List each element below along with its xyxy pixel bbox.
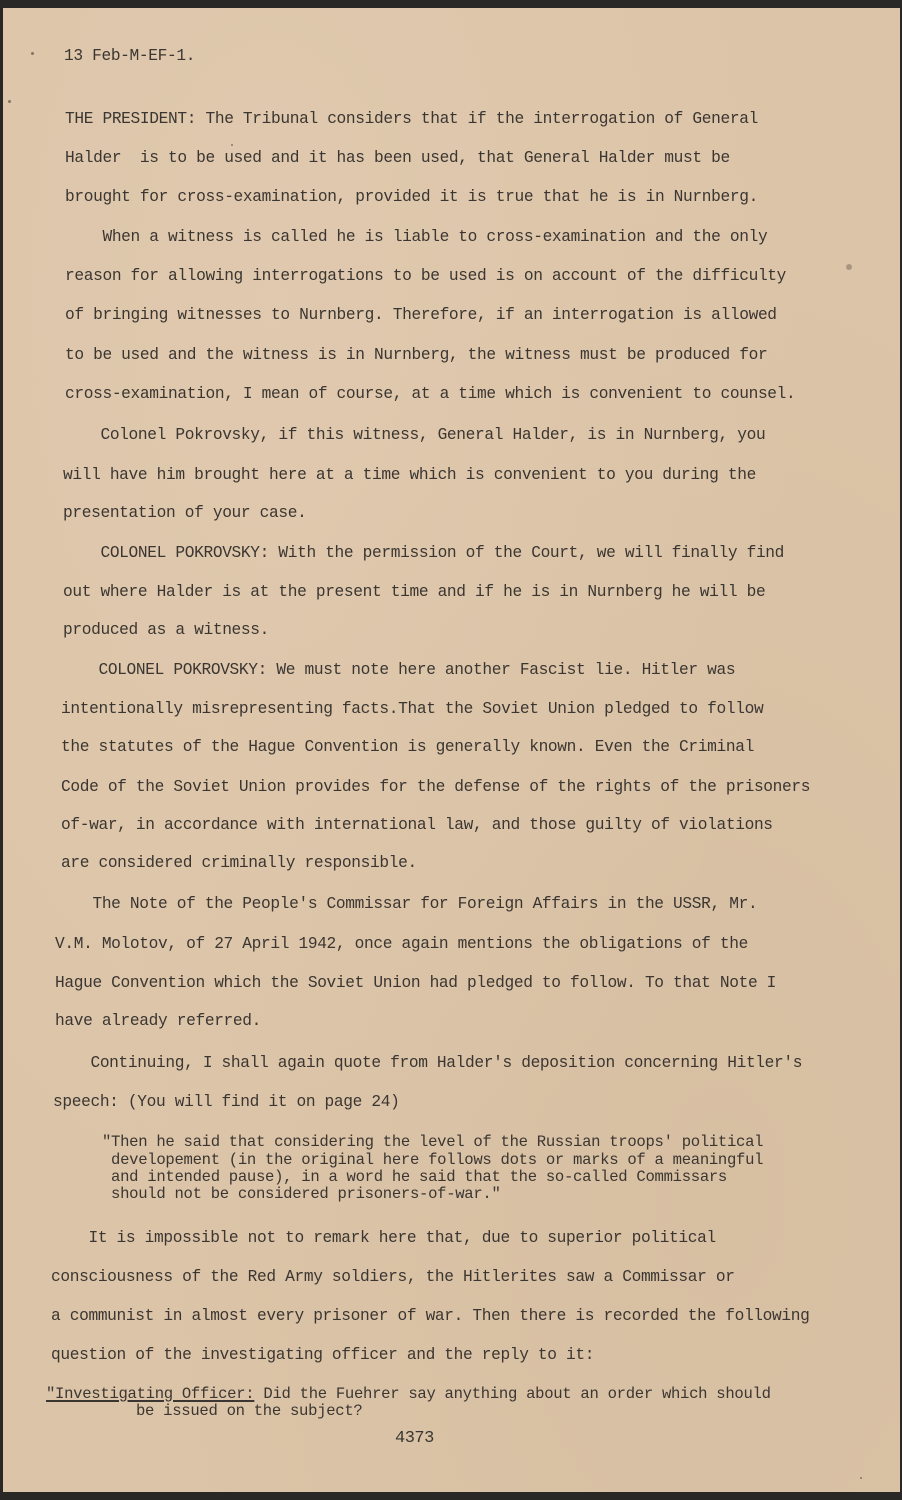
text-line: Colonel Pokrovsky, if this witness, Gene… [63,426,765,444]
qa-speaker: "Investigating Officer: [46,1385,254,1403]
paper-speck [8,100,11,103]
document-page: 13 Feb-M-EF-1. THE PRESIDENT: The Tribun… [3,8,900,1492]
text-line: Hague Convention which the Soviet Union … [55,974,776,992]
text-line: speech: (You will find it on page 24) [53,1093,399,1111]
paper-speck [846,264,852,270]
page-number: 4373 [395,1429,434,1448]
text-line: a communist in almost every prisoner of … [51,1307,810,1325]
text-line: the statutes of the Hague Convention is … [61,738,754,756]
qa-question-line: "Investigating Officer: Did the Fuehrer … [46,1386,771,1402]
quote-line: and intended pause), in a word he said t… [102,1169,727,1185]
text-line: of bringing witnesses to Nurnberg. There… [65,306,777,324]
text-line: intentionally misrepresenting facts.That… [61,700,763,718]
text-line: out where Halder is at the present time … [63,583,765,601]
text-line: V.M. Molotov, of 27 April 1942, once aga… [55,935,748,953]
paper-speck [860,1477,862,1479]
paper-speck [231,144,233,146]
text-line: Halder is to be used and it has been use… [65,149,730,167]
quote-line: developement (in the original here follo… [102,1152,763,1168]
text-line: produced as a witness. [63,621,269,639]
text-line: brought for cross-examination, provided … [65,188,758,206]
text-line: presentation of your case. [63,504,306,522]
qa-question: Did the Fuehrer say anything about an or… [254,1385,770,1403]
text-line: cross-examination, I mean of course, at … [65,385,795,403]
text-line: COLONEL POKROVSKY: With the permission o… [63,544,784,562]
paper-speck [31,52,34,55]
text-line: will have him brought here at a time whi… [63,466,756,484]
document-header: 13 Feb-M-EF-1. [64,47,195,65]
text-line: are considered criminally responsible. [61,854,417,872]
text-line: The Note of the People's Commissar for F… [55,895,757,913]
text-line: question of the investigating officer an… [51,1346,594,1364]
quote-line: "Then he said that considering the level… [102,1134,763,1150]
text-line: It is impossible not to remark here that… [51,1229,716,1247]
text-line: have already referred. [55,1012,261,1030]
text-line: Code of the Soviet Union provides for th… [61,778,810,796]
text-line: to be used and the witness is in Nurnber… [65,346,767,364]
text-line: Continuing, I shall again quote from Hal… [53,1054,802,1072]
text-line: THE PRESIDENT: The Tribunal considers th… [65,110,758,128]
quote-line: should not be considered prisoners-of-wa… [102,1186,501,1202]
text-line: reason for allowing interrogations to be… [65,267,786,285]
text-line: of-war, in accordance with international… [61,816,773,834]
text-line: When a witness is called he is liable to… [65,228,767,246]
text-line: COLONEL POKROVSKY: We must note here ano… [61,661,735,679]
qa-question-continuation: be issued on the subject? [136,1403,362,1419]
text-line: consciousness of the Red Army soldiers, … [51,1268,735,1286]
